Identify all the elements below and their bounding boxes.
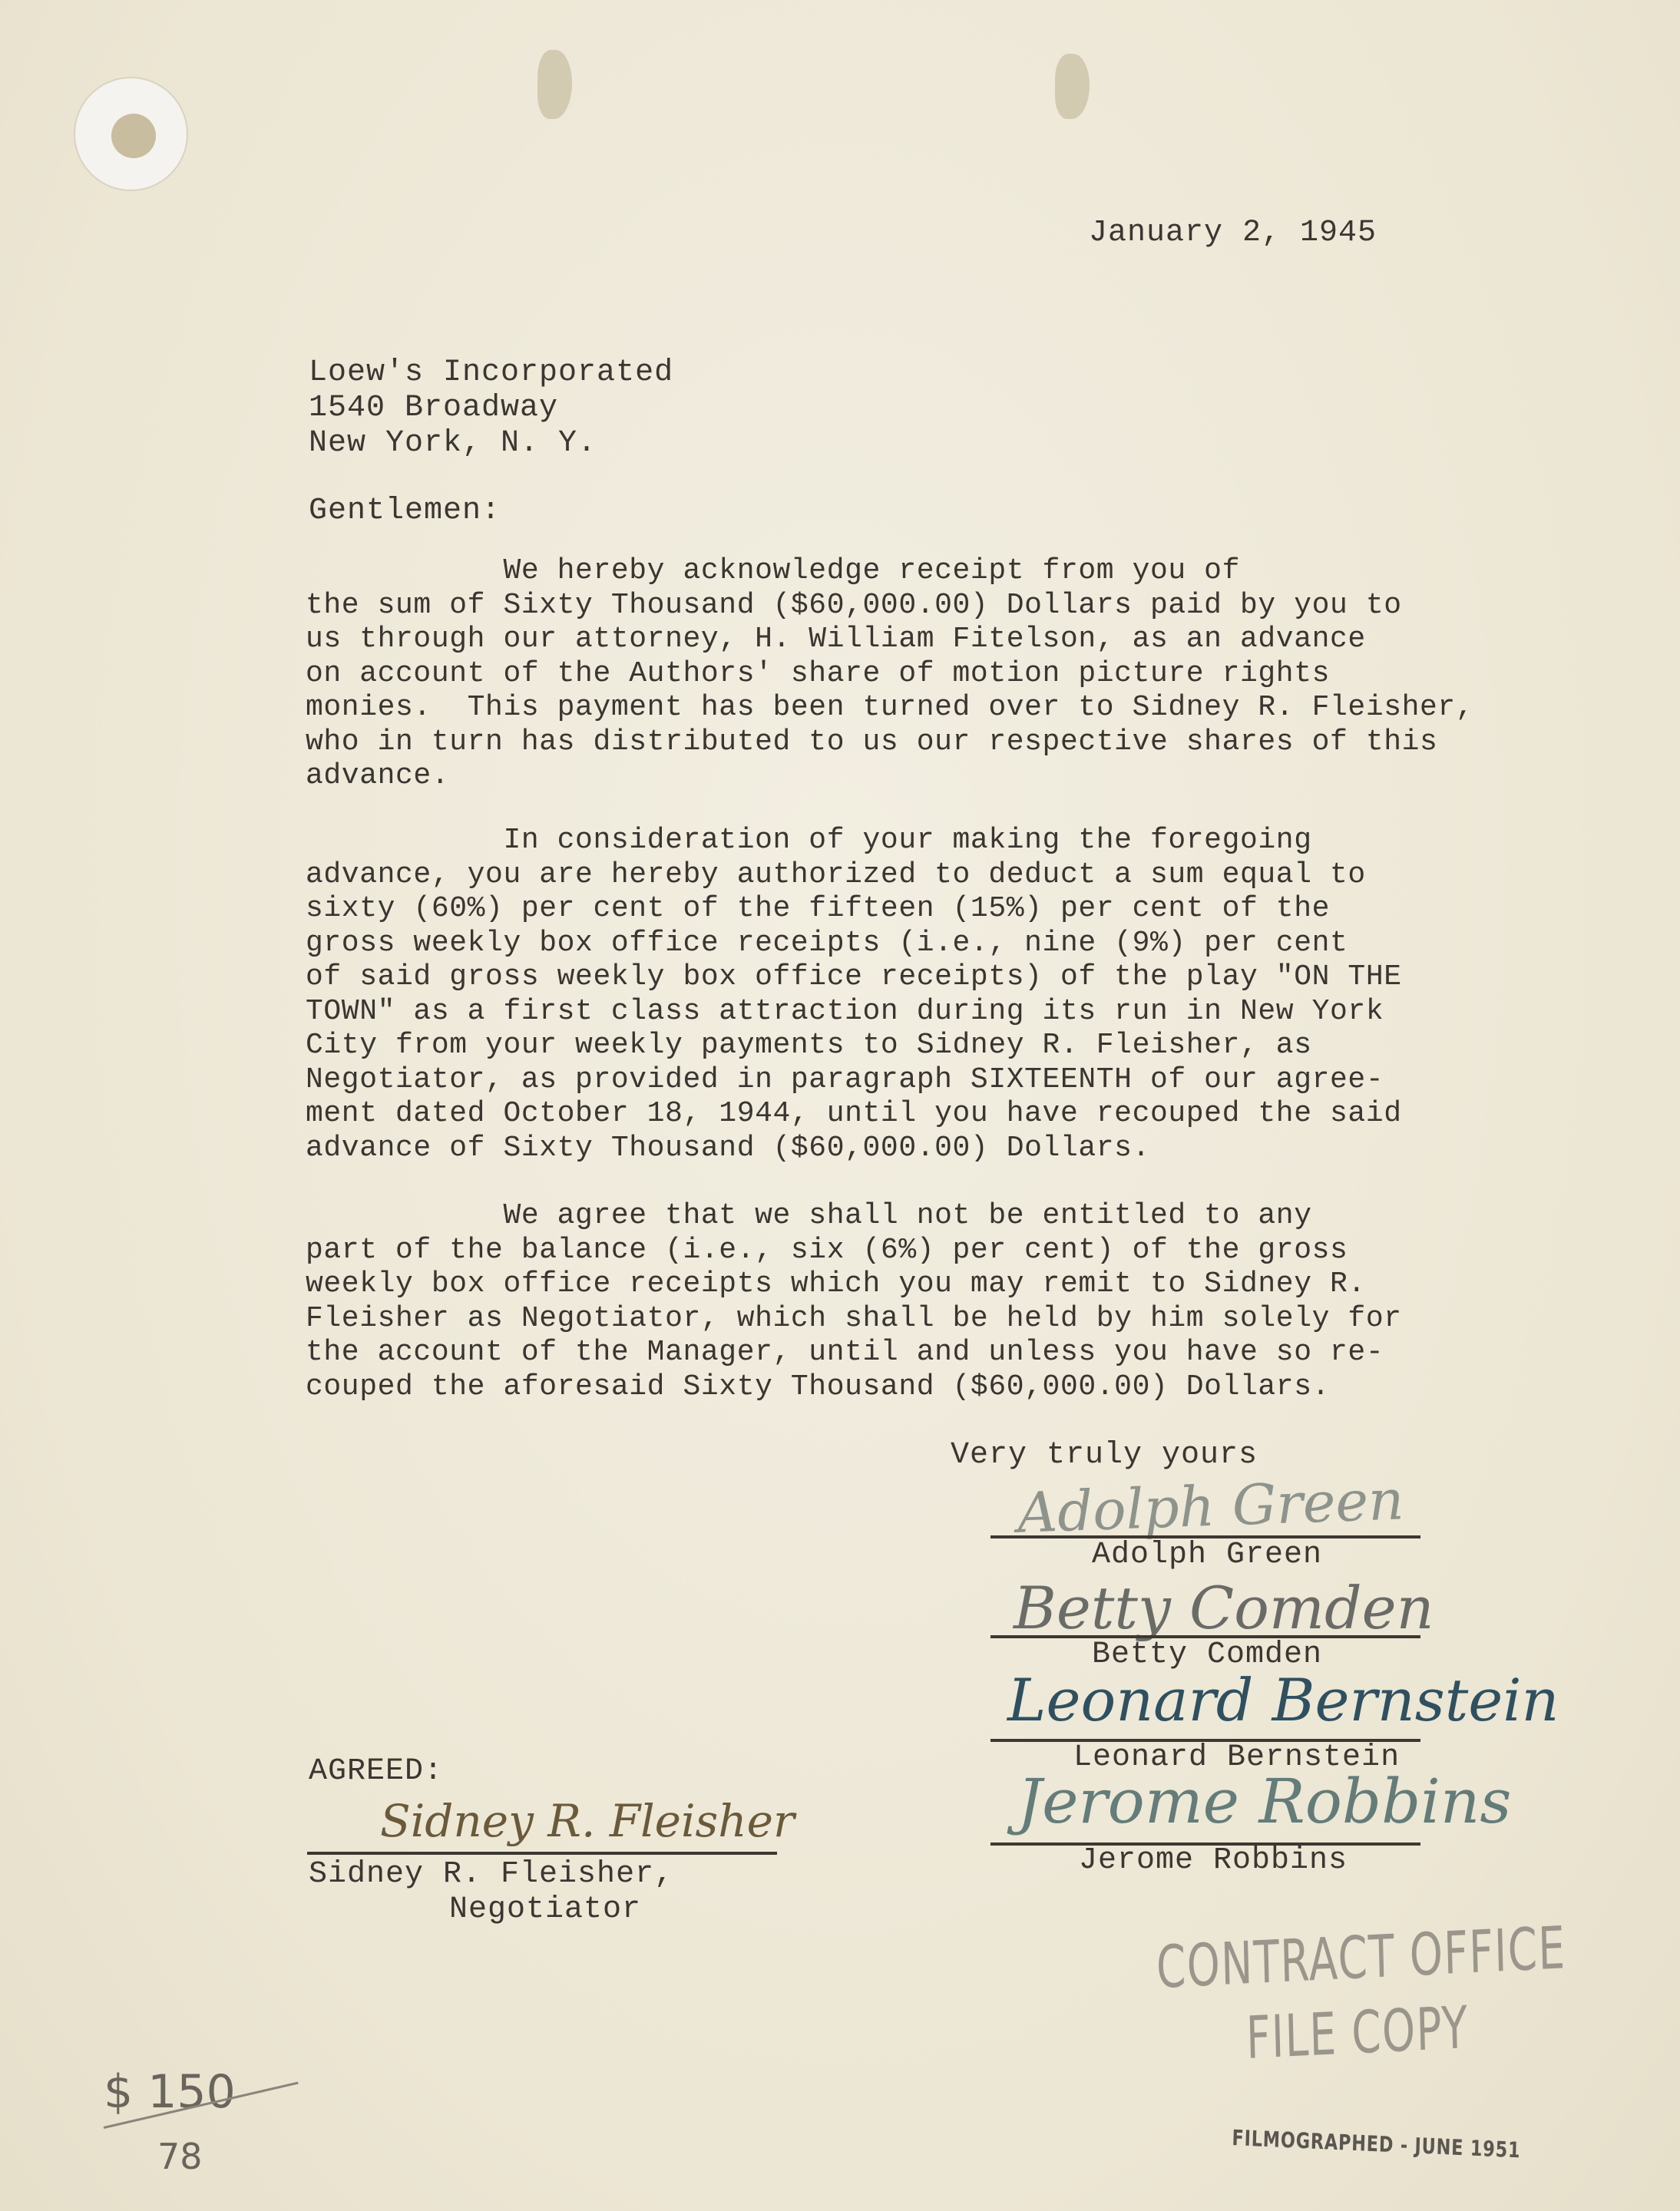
signature-sidney-fleisher: Sidney R. Fleisher [380,1795,795,1847]
paragraph-line: of said gross weekly box office receipts… [306,960,1626,995]
body-paragraph-1: We hereby acknowledge receipt from you o… [306,554,1626,794]
paragraph-line: TOWN" as a first class attraction during… [306,995,1626,1029]
typed-name-jerome-robbins: Jerome Robbins [1079,1844,1348,1878]
paragraph-line: part of the balance (i.e., six (6%) per … [306,1234,1626,1268]
paragraph-line: City from your weekly payments to Sidney… [306,1029,1626,1063]
paragraph-line: the account of the Manager, until and un… [306,1336,1626,1370]
tear-hole-right [1055,54,1090,119]
paragraph-line: In consideration of your making the fore… [306,824,1626,858]
negotiator-title: Negotiator [449,1893,641,1927]
contract-office-stamp-line2: FILE COPY [1245,1993,1470,2072]
paragraph-line: who in turn has distributed to us our re… [306,725,1626,760]
paragraph-line: advance. [306,759,1626,794]
salutation: Gentlemen: [309,494,501,528]
paragraph-line: us through our attorney, H. William Fite… [306,623,1626,657]
body-paragraph-2: In consideration of your making the fore… [306,824,1626,1165]
typed-name-sidney-fleisher: Sidney R. Fleisher, [309,1858,673,1892]
signature-jerome-robbins: Jerome Robbins [1017,1766,1511,1837]
recipient-name: Loew's Incorporated [309,356,673,390]
recipient-city: New York, N. Y. [309,427,597,461]
signature-adolph-green: Adolph Green [1017,1467,1405,1545]
signature-line [307,1852,777,1855]
paragraph-line: advance, you are hereby authorized to de… [306,858,1626,893]
tear-hole-left [537,50,572,119]
agreed-label: AGREED: [309,1755,443,1789]
signature-betty-comden: Betty Comden [1014,1574,1434,1642]
recipient-street: 1540 Broadway [309,392,558,425]
paragraph-line: We agree that we shall not be entitled t… [306,1199,1626,1234]
signature-leonard-bernstein: Leonard Bernstein [1007,1666,1559,1734]
closing: Very truly yours [951,1439,1258,1472]
paragraph-line: ment dated October 18, 1944, until you h… [306,1097,1626,1132]
paragraph-line: on account of the Authors' share of moti… [306,657,1626,692]
letter-page: January 2, 1945 Loew's Incorporated 1540… [0,0,1680,2211]
pencil-denominator: 78 [157,2136,203,2177]
paragraph-line: couped the aforesaid Sixty Thousand ($60… [306,1370,1626,1405]
typed-name-adolph-green: Adolph Green [1092,1538,1322,1572]
filmographed-stamp: FILMOGRAPHED - JUNE 1951 [1232,2125,1521,2163]
paragraph-line: We hereby acknowledge receipt from you o… [306,554,1626,589]
contract-office-stamp-line1: CONTRACT OFFICE [1156,1913,1566,2001]
paragraph-line: the sum of Sixty Thousand ($60,000.00) D… [306,589,1626,623]
paragraph-line: advance of Sixty Thousand ($60,000.00) D… [306,1132,1626,1166]
paragraph-line: gross weekly box office receipts (i.e., … [306,927,1626,961]
punch-hole-center [111,114,156,158]
paragraph-line: Fleisher as Negotiator, which shall be h… [306,1302,1626,1337]
paragraph-line: sixty (60%) per cent of the fifteen (15%… [306,892,1626,927]
paragraph-line: Negotiator, as provided in paragraph SIX… [306,1063,1626,1098]
letter-date: January 2, 1945 [1089,216,1377,250]
body-paragraph-3: We agree that we shall not be entitled t… [306,1199,1626,1404]
paragraph-line: monies. This payment has been turned ove… [306,691,1626,725]
paragraph-line: weekly box office receipts which you may… [306,1267,1626,1302]
